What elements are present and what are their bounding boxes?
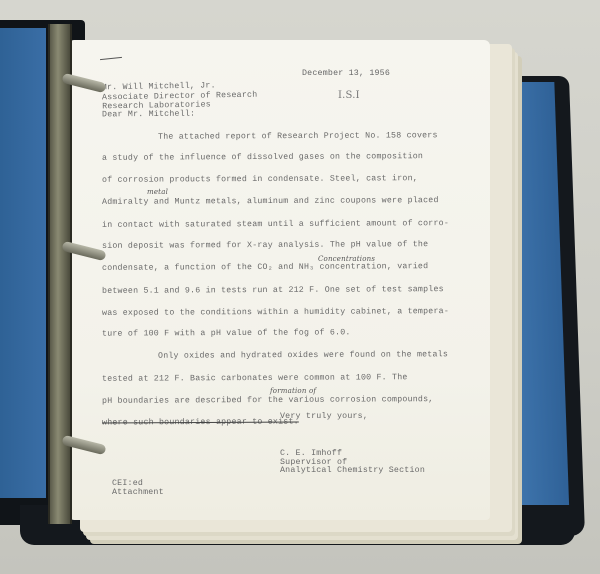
body-line: Only oxides and hydrated oxides were fou… xyxy=(158,350,448,361)
body-line: condensate, a function of the CO₂ and NH… xyxy=(102,262,428,273)
salutation: Dear Mr. Mitchell: xyxy=(102,110,195,120)
body-line: of corrosion products formed in condensa… xyxy=(102,174,418,185)
body-line: in contact with saturated steam until a … xyxy=(102,219,449,230)
handwritten-edit: Concentrations xyxy=(318,255,375,263)
body-line: tested at 212 F. Basic carbonates were c… xyxy=(102,373,408,384)
body-line: sion deposit was formed for X-ray analys… xyxy=(102,240,428,251)
signature-block: C. E. Imhoff Supervisor of Analytical Ch… xyxy=(280,450,425,476)
handwritten-initials: I.S.I xyxy=(338,90,360,101)
signer-title-line2: Analytical Chemistry Section xyxy=(280,467,425,476)
recipient-address: Mr. Will Mitchell, Jr. Associate Directo… xyxy=(102,81,258,112)
body-line: The attached report of Research Project … xyxy=(158,131,438,141)
enclosure-note: Attachment xyxy=(112,489,164,498)
closing: Very truly yours, xyxy=(280,412,368,421)
pencil-dash-mark xyxy=(100,57,122,60)
binder-ring-mechanism xyxy=(48,24,72,524)
struck-through-line: where such boundaries appear to exist. xyxy=(102,417,299,427)
reference-block: CEI:ed Attachment xyxy=(112,480,164,497)
letter-page: December 13, 1956 I.S.I Mr. Will Mitchel… xyxy=(70,40,490,520)
handwritten-edit: formation of xyxy=(270,387,316,395)
body-line: Admiralty and Muntz metals, aluminum and… xyxy=(102,196,439,207)
letter-date: December 13, 1956 xyxy=(302,69,390,78)
body-line: was exposed to the conditions within a h… xyxy=(102,307,449,318)
handwritten-edit: metal xyxy=(147,188,168,196)
body-line: between 5.1 and 9.6 in tests run at 212 … xyxy=(102,285,444,296)
body-line: a study of the influence of dissolved ga… xyxy=(102,152,423,163)
body-line: pH boundaries are described for the vari… xyxy=(102,395,433,406)
binder-left-cover-fabric xyxy=(0,28,46,498)
body-line: ture of 100 F with a pH value of the fog… xyxy=(102,328,351,338)
